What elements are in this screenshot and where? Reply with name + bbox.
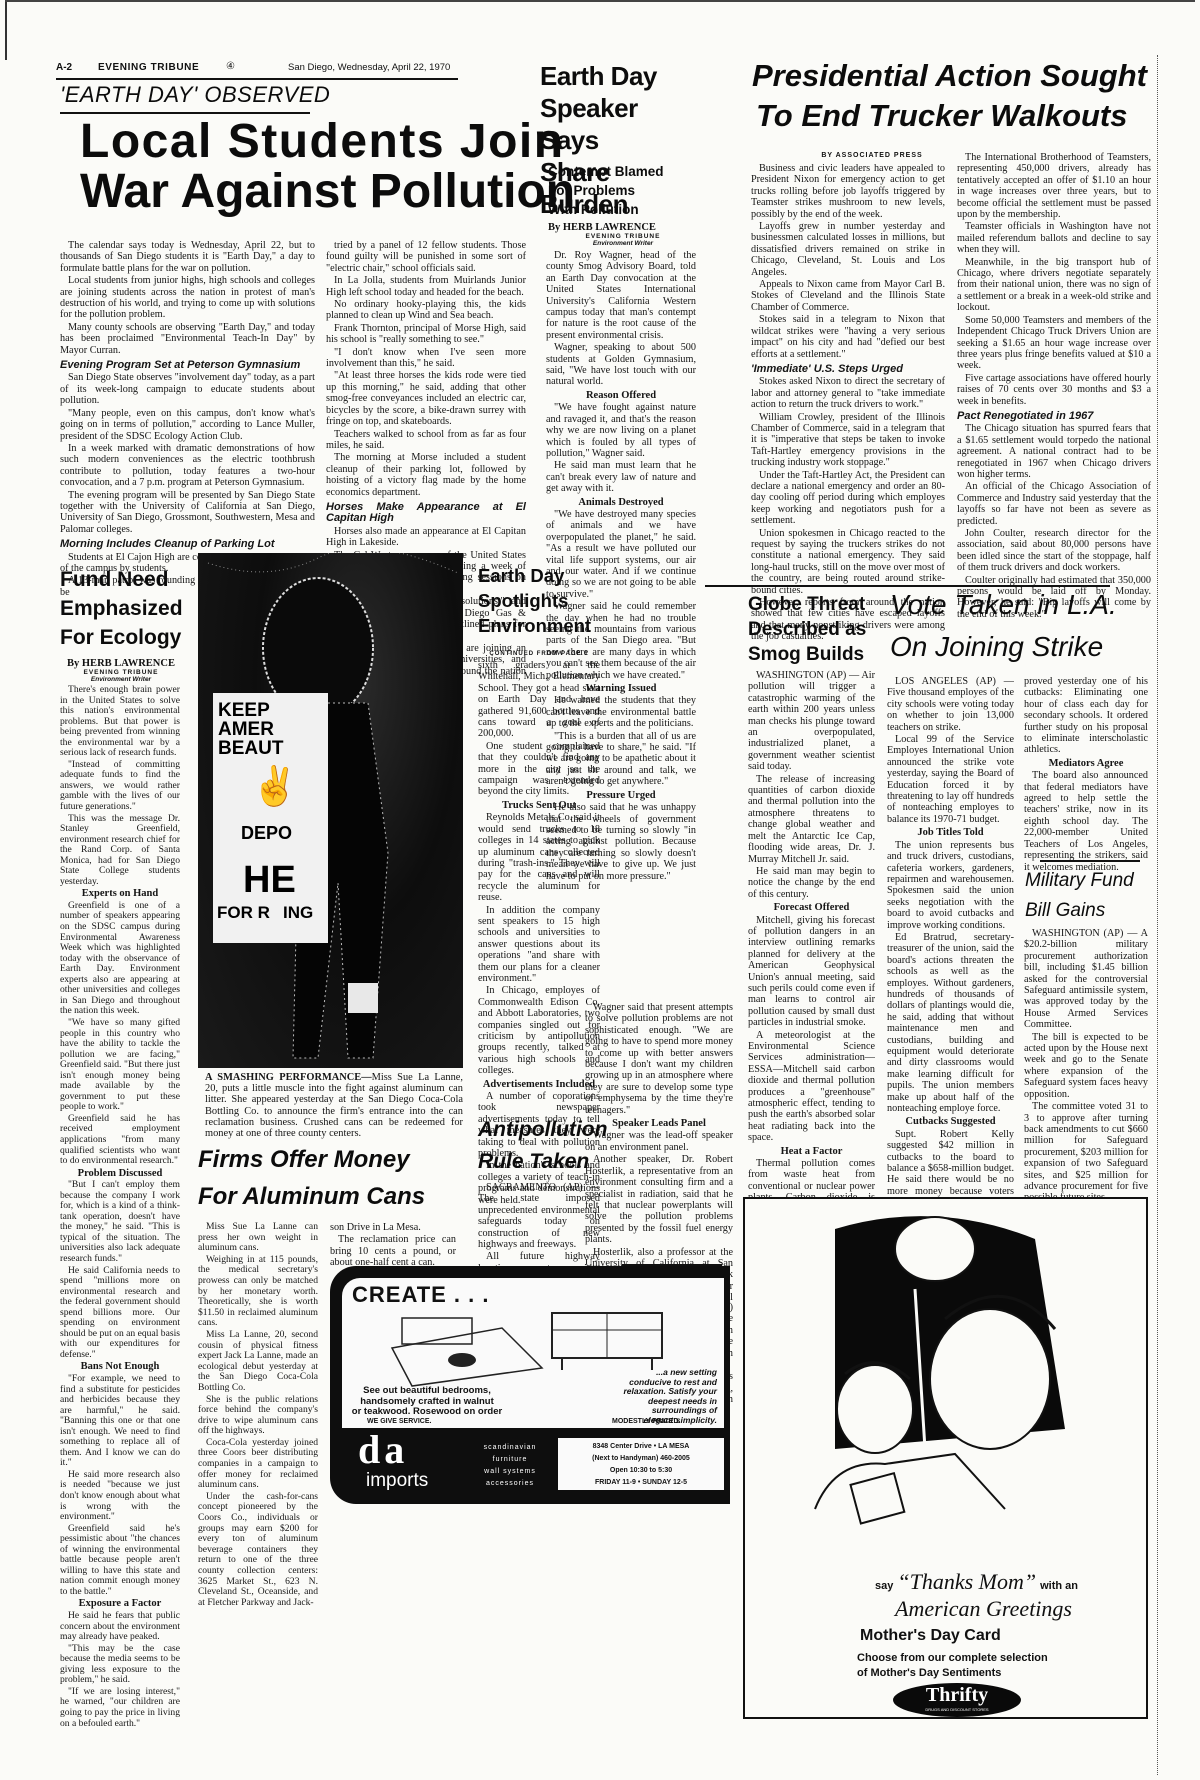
ad-sub-line: of Mother's Day Sentiments <box>857 1666 1048 1681</box>
paragraph: There's enough brain power in the United… <box>60 685 180 759</box>
paragraph: In Chicago, employes of Commonwealth Edi… <box>478 985 600 1076</box>
paragraph: son Drive in La Mesa. <box>330 1222 456 1233</box>
subhead: Cutbacks Suggested <box>887 1116 1014 1127</box>
fund-body: There's enough brain power in the United… <box>60 685 180 1730</box>
ad-category: furniture <box>470 1454 550 1466</box>
paragraph: "We have fought against nature and ravag… <box>546 402 696 459</box>
headline-line: Globe Threat <box>748 592 866 617</box>
news-photo-can-crushing: KEEP AMER BEAUT ✌ DEPO HE FOR R ING <box>198 553 463 1068</box>
sign-text: KEEP <box>218 701 283 720</box>
ad-category: accessories <box>470 1478 550 1490</box>
lead-headline-line-2: War Against Pollution <box>80 166 575 218</box>
subhead: Horses Make Appearance at El Capitan Hig… <box>326 502 526 525</box>
paragraph: Layoffs grew in number yesterday and bus… <box>751 221 945 278</box>
say-text: say <box>875 1580 893 1592</box>
paragraph: "Instead of committing adequate funds to… <box>60 760 180 813</box>
scan-top-edge <box>5 0 1195 2</box>
sign-text: DEPO <box>241 823 292 844</box>
headline-line: Fund Need <box>60 565 183 594</box>
subhead: Bans Not Enough <box>60 1362 180 1373</box>
paragraph: He said he fears that public concern abo… <box>60 1611 180 1643</box>
subhead: Heat a Factor <box>748 1146 875 1157</box>
paragraph: "I don't know when I've seen more involv… <box>326 347 526 370</box>
kicker-underline <box>60 112 310 114</box>
aluminum-column-1: Miss Sue La Lanne can press her own weig… <box>198 1222 318 1609</box>
paragraph: WASHINGTON (AP) — A $20.2-billion milita… <box>1024 928 1148 1031</box>
american-greetings-logo: American Greetings <box>895 1596 1072 1622</box>
paragraph: He said man may begin to notice the chan… <box>748 866 875 900</box>
right-margin-dots <box>1157 55 1158 1775</box>
deck-line: Contempt Blamed <box>548 162 664 181</box>
da-logo-sub: imports <box>366 1470 428 1492</box>
thanks-mom-text: “Thanks Mom” <box>897 1569 1036 1594</box>
ad-copy-line: See out beautiful bedrooms, <box>342 1386 512 1397</box>
paragraph: SACRAMENTO (AP) — The state imposed unpr… <box>478 1182 600 1250</box>
trucker-byline: BY ASSOCIATED PRESS <box>752 152 992 159</box>
headline-line: Bill Gains <box>1025 896 1134 926</box>
thrifty-logo: Thrifty DRUGS AND DISCOUNT STORES <box>893 1683 1021 1717</box>
paragraph: "We have so many gifted people in this c… <box>60 1018 180 1113</box>
paragraph: Business and civic leaders have appealed… <box>751 163 945 220</box>
sign-text: ING <box>283 903 313 923</box>
headline-line: For Ecology <box>60 623 183 652</box>
paragraph: The calendar says today is Wednesday, Ap… <box>60 240 315 274</box>
paragraph: "If we are losing interest," he warned, … <box>60 1687 180 1729</box>
paragraph: Many county schools are observing "Earth… <box>60 322 315 356</box>
vote-headline-line-1: Vote Taken in L.A. <box>890 588 1117 622</box>
paragraph: She is the public relations force behind… <box>198 1395 318 1437</box>
fund-byline: By HERB LAWRENCE EVENING TRIBUNE Environ… <box>62 658 180 683</box>
headline-line: Earth Day <box>540 60 680 92</box>
paragraph: Stokes said in a telegram to Nixon that … <box>751 314 945 360</box>
paragraph: Greenfield said he's pessimistic about "… <box>60 1524 180 1598</box>
paragraph: Greenfield is one of a number of speaker… <box>60 901 180 1017</box>
ad-copy-line: or teakwood. Rosewood on order <box>342 1407 512 1418</box>
with-an-text: with an <box>1040 1580 1078 1592</box>
paragraph: Dr. Roy Wagner, head of the county Smog … <box>546 250 696 341</box>
military-headline: Military Fund Bill Gains <box>1025 866 1134 926</box>
ad-sub-line: Choose from our complete selection <box>857 1651 1048 1666</box>
sign-text: FOR R <box>217 903 270 923</box>
caption-lead: A SMASHING PERFORMANCE— <box>205 1072 372 1083</box>
headline-line: Emphasized <box>60 594 183 623</box>
subhead: Mediators Agree <box>1024 758 1148 769</box>
subhead: Job Titles Told <box>887 827 1014 838</box>
vote-headline-line-2: On Joining Strike <box>890 630 1103 664</box>
subhead: Forecast Offered <box>748 902 875 913</box>
page-number: A-2 <box>56 62 72 73</box>
subhead: Problem Discussed <box>60 1169 180 1180</box>
subhead: Reason Offered <box>546 390 696 401</box>
paragraph: The release of increasing quantities of … <box>748 774 875 865</box>
fund-headline: Fund Need Emphasized For Ecology <box>60 565 183 652</box>
ad-address-box: 8348 Center Drive • LA MESA (Next to Han… <box>558 1438 724 1490</box>
paragraph: Local students from junior highs, high s… <box>60 275 315 321</box>
sign-text: HE <box>243 861 296 899</box>
edition-mark: ④ <box>226 61 235 72</box>
byline-name: By HERB LAWRENCE <box>548 222 698 233</box>
ad-category: scandinavian <box>470 1442 550 1454</box>
deck-line: For Problems <box>548 181 664 200</box>
deck-line: With Pollution <box>548 200 664 219</box>
paragraph: WASHINGTON (AP) — Air pollution will tri… <box>748 670 875 773</box>
spotlight-headline: Earth Day Spotlights Environment <box>478 563 591 638</box>
family-illustration-icon <box>775 1209 1105 1529</box>
ad-da-imports[interactable]: CREATE . . . See out beautiful bedrooms,… <box>330 1266 730 1504</box>
headline-line: Rule Taken <box>478 1146 607 1178</box>
ad-mothers-day[interactable]: say “Thanks Mom” with an American Greeti… <box>743 1197 1148 1719</box>
antipollution-headline: Antipollution Rule Taken <box>478 1114 607 1178</box>
masthead-rule <box>56 78 458 80</box>
vote-column-1: LOS ANGELES (AP) — Five thousand employe… <box>887 676 1014 1245</box>
ad-address-line: Open 10:30 to 5:30 <box>558 1465 724 1477</box>
subhead: Pact Renegotiated in 1967 <box>957 411 1151 422</box>
paragraph: "Many people, even on this campus, don't… <box>60 408 315 442</box>
subhead: 'Immediate' U.S. Steps Urged <box>751 364 945 375</box>
subhead: Experts on Hand <box>60 889 180 900</box>
paragraph: Wagner said that present attempts to sol… <box>585 1002 733 1116</box>
sign-text: BEAUT <box>218 739 283 758</box>
paragraph: Stokes asked Nixon to direct the secreta… <box>751 376 945 410</box>
byline-org: EVENING TRIBUNE <box>548 233 698 240</box>
headline-line: Speaker Says <box>540 92 680 156</box>
mothers-day-card-title: Mother's Day Card <box>860 1627 1001 1645</box>
paragraph: The union represents bus and truck drive… <box>887 840 1014 931</box>
globe-headline: Globe Threat Described as Smog Builds <box>748 592 866 667</box>
paragraph: proved yesterday one of his cutbacks: El… <box>1024 676 1148 756</box>
ad-categories: scandinavian furniture wall systems acce… <box>470 1442 550 1490</box>
paragraph: One student complained that they couldn'… <box>478 741 600 798</box>
peace-hand-icon: ✌ <box>251 765 298 809</box>
aluminum-column-2: son Drive in La Mesa. The reclamation pr… <box>330 1222 456 1270</box>
paragraph: No ordinary hooky-playing this, the kids… <box>326 299 526 322</box>
byline-role: Environment Writer <box>62 676 180 683</box>
paragraph: Meanwhile, in the big transport hub of C… <box>957 257 1151 314</box>
paragraph: He said man must learn that he can't bre… <box>546 460 696 494</box>
ad-tagline: say “Thanks Mom” with an <box>875 1569 1078 1595</box>
section-rule <box>705 585 1110 587</box>
paragraph: John Coulter, research director for the … <box>957 528 1151 574</box>
paragraph: Wagner, speaking to about 500 students a… <box>546 342 696 388</box>
trucker-column-2: The International Brotherhood of Teamste… <box>957 152 1151 621</box>
scan-edge <box>5 0 7 60</box>
lead-headline-line-1: Local Students Join <box>80 116 565 168</box>
subhead: Evening Program Set at Peterson Gymnasiu… <box>60 360 315 371</box>
thrifty-wordmark: Thrifty <box>893 1683 1021 1707</box>
continued-note: CONTINUED FROM PAGE 1 <box>478 651 600 657</box>
paragraph: San Diego State observes "involvement da… <box>60 372 315 406</box>
paragraph: The committee voted 31 to 3 to approve a… <box>1024 1101 1148 1204</box>
paragraph: In addition the company sent speakers to… <box>478 905 600 985</box>
paragraph: The evening program will be presented by… <box>60 490 315 536</box>
byline-org: EVENING TRIBUNE <box>62 669 180 676</box>
paragraph: Reynolds Metals Co. said it would send t… <box>478 812 600 903</box>
speaker-deck: Contempt Blamed For Problems With Pollut… <box>548 162 664 219</box>
paragraph: Frank Thornton, principal of Morse High,… <box>326 323 526 346</box>
paragraph: Five cartage associations have offered h… <box>957 373 1151 407</box>
lead-column-1: The calendar says today is Wednesday, Ap… <box>60 240 315 599</box>
headline-line: Smog Builds <box>748 642 866 667</box>
military-body: WASHINGTON (AP) — A $20.2-billion milita… <box>1024 928 1148 1205</box>
vote-column-2: proved yesterday one of his cutbacks: El… <box>1024 676 1148 874</box>
lead-kicker: 'EARTH DAY' OBSERVED <box>60 82 330 108</box>
dateline: San Diego, Wednesday, April 22, 1970 <box>288 62 450 73</box>
ad-headline: CREATE . . . <box>352 1282 490 1308</box>
ad-cards-sub: Choose from our complete selection of Mo… <box>857 1651 1048 1681</box>
paragraph: The board also announced that federal me… <box>1024 770 1148 873</box>
paragraph: Some 50,000 Teamsters and members of the… <box>957 315 1151 372</box>
paragraph: The Chicago situation has spurred fears … <box>957 423 1151 480</box>
subhead: Animals Destroyed <box>546 497 696 508</box>
paragraph: tried by a panel of 12 fellow students. … <box>326 240 526 274</box>
paragraph: LOS ANGELES (AP) — Five thousand employe… <box>887 676 1014 733</box>
paragraph: Greenfield said he has received employme… <box>60 1114 180 1167</box>
paragraph: This was the message Dr. Stanley Greenfi… <box>60 814 180 888</box>
paragraph: "This may be the case because the media … <box>60 1644 180 1686</box>
globe-body: WASHINGTON (AP) — Air pollution will tri… <box>748 670 875 1239</box>
speaker-byline: By HERB LAWRENCE EVENING TRIBUNE Environ… <box>548 222 698 247</box>
ad-address-line: 8348 Center Drive • LA MESA <box>558 1441 724 1453</box>
paragraph: In a week marked with dramatic demonstra… <box>60 443 315 489</box>
headline-line: Environment <box>478 613 591 638</box>
paragraph: Under the Taft-Hartley Act, the Presiden… <box>751 470 945 527</box>
paragraph: Teachers walked to school from as far as… <box>326 429 526 452</box>
subhead: Trucks Sent Out <box>478 800 600 811</box>
sign-text: AMER <box>218 720 283 739</box>
trucker-column-1: Business and civic leaders have appealed… <box>751 163 945 644</box>
paragraph: The bill is expected to be acted upon by… <box>1024 1032 1148 1100</box>
ad-category: wall systems <box>470 1466 550 1478</box>
paragraph: Horses also made an appearance at El Cap… <box>326 526 526 549</box>
paragraph: He said more research also is needed "be… <box>60 1470 180 1523</box>
paragraph: Under the cash-for-cans concept pioneere… <box>198 1492 318 1609</box>
trucker-headline-line-2: To End Trucker Walkouts <box>756 98 1128 134</box>
byline-role: Environment Writer <box>548 240 698 247</box>
paragraph: "But I can't employ them because the com… <box>60 1180 180 1264</box>
da-logo: da <box>358 1430 408 1470</box>
paragraph: The reclamation price can bring 10 cents… <box>330 1234 456 1268</box>
paragraph: Miss La Lanne, 20, second cousin of phys… <box>198 1330 318 1394</box>
paragraph: "At least three horses the kids rode wer… <box>326 370 526 427</box>
ad-right-tag: MODESTLY PRICED. <box>612 1418 680 1425</box>
subhead: Morning Includes Cleanup of Parking Lot <box>60 539 315 550</box>
headline-line: Military Fund <box>1025 866 1134 896</box>
subhead: Advertisements Included <box>478 1079 600 1090</box>
headline-line: Earth Day <box>478 563 591 588</box>
paragraph: Teamster officials in Washington have no… <box>957 221 1151 255</box>
headline-line: Spotlights <box>478 588 591 613</box>
paragraph: Appeals to Nixon came from Mayor Carl B.… <box>751 279 945 313</box>
paragraph: The International Brotherhood of Teamste… <box>957 152 1151 220</box>
photo-caption: A SMASHING PERFORMANCE—Miss Sue La Lanne… <box>205 1072 463 1139</box>
paragraph: A meteorologist at the Environmental Sci… <box>748 1030 875 1144</box>
masthead: A-2 EVENING TRIBUNE ④ San Diego, Wednesd… <box>56 62 458 76</box>
protest-sign: KEEP AMER BEAUT ✌ DEPO HE FOR R ING <box>213 693 328 943</box>
headline-line: Antipollution <box>478 1114 607 1146</box>
military-rule <box>1040 860 1140 862</box>
ad-right-copy: ...a new setting conducive to rest and r… <box>597 1368 717 1425</box>
ad-left-copy: See out beautiful bedrooms, handsomely c… <box>342 1386 512 1418</box>
paragraph: In La Jolla, students from Muirlands Jun… <box>326 275 526 298</box>
subhead: Exposure a Factor <box>60 1599 180 1610</box>
paper-name: EVENING TRIBUNE <box>98 62 199 73</box>
thrifty-tagline: DRUGS AND DISCOUNT STORES <box>893 1707 1021 1712</box>
ad-address-line: FRIDAY 11-9 • SUNDAY 12-5 <box>558 1477 724 1489</box>
paragraph: Ed Bratrud, secretary-treasurer of the u… <box>887 932 1014 1115</box>
paragraph: William Crowley, president of the Illino… <box>751 412 945 469</box>
paragraph: sixth graders at the Whitehall, Mich., E… <box>478 660 600 740</box>
byline-name: By HERB LAWRENCE <box>62 658 180 669</box>
paragraph: Coca-Cola yesterday joined three Coors b… <box>198 1438 318 1491</box>
paragraph: An official of the Chicago Association o… <box>957 481 1151 527</box>
aluminum-headline-line-2: For Aluminum Cans <box>198 1182 425 1212</box>
paragraph: Mitchell, giving his forecast of polluti… <box>748 915 875 1029</box>
trucker-headline-line-1: Presidential Action Sought <box>752 58 1147 94</box>
ad-inner-panel: CREATE . . . See out beautiful bedrooms,… <box>342 1278 724 1428</box>
aluminum-headline-line-1: Firms Offer Money <box>198 1145 410 1175</box>
paragraph: Weighing in at 115 pounds, the medical s… <box>198 1255 318 1329</box>
paragraph: The morning at Morse included a student … <box>326 452 526 498</box>
paragraph: He said California needs to spend "milli… <box>60 1266 180 1361</box>
ad-address-line: (Next to Handyman) 460-2005 <box>558 1453 724 1465</box>
paragraph: Miss Sue La Lanne can press her own weig… <box>198 1222 318 1254</box>
paragraph: "For example, we need to find a substitu… <box>60 1374 180 1469</box>
headline-line: Described as <box>748 617 866 642</box>
ad-left-tag: WE GIVE SERVICE. <box>367 1418 431 1425</box>
paragraph: Local 99 of the Service Employes Interna… <box>887 734 1014 825</box>
